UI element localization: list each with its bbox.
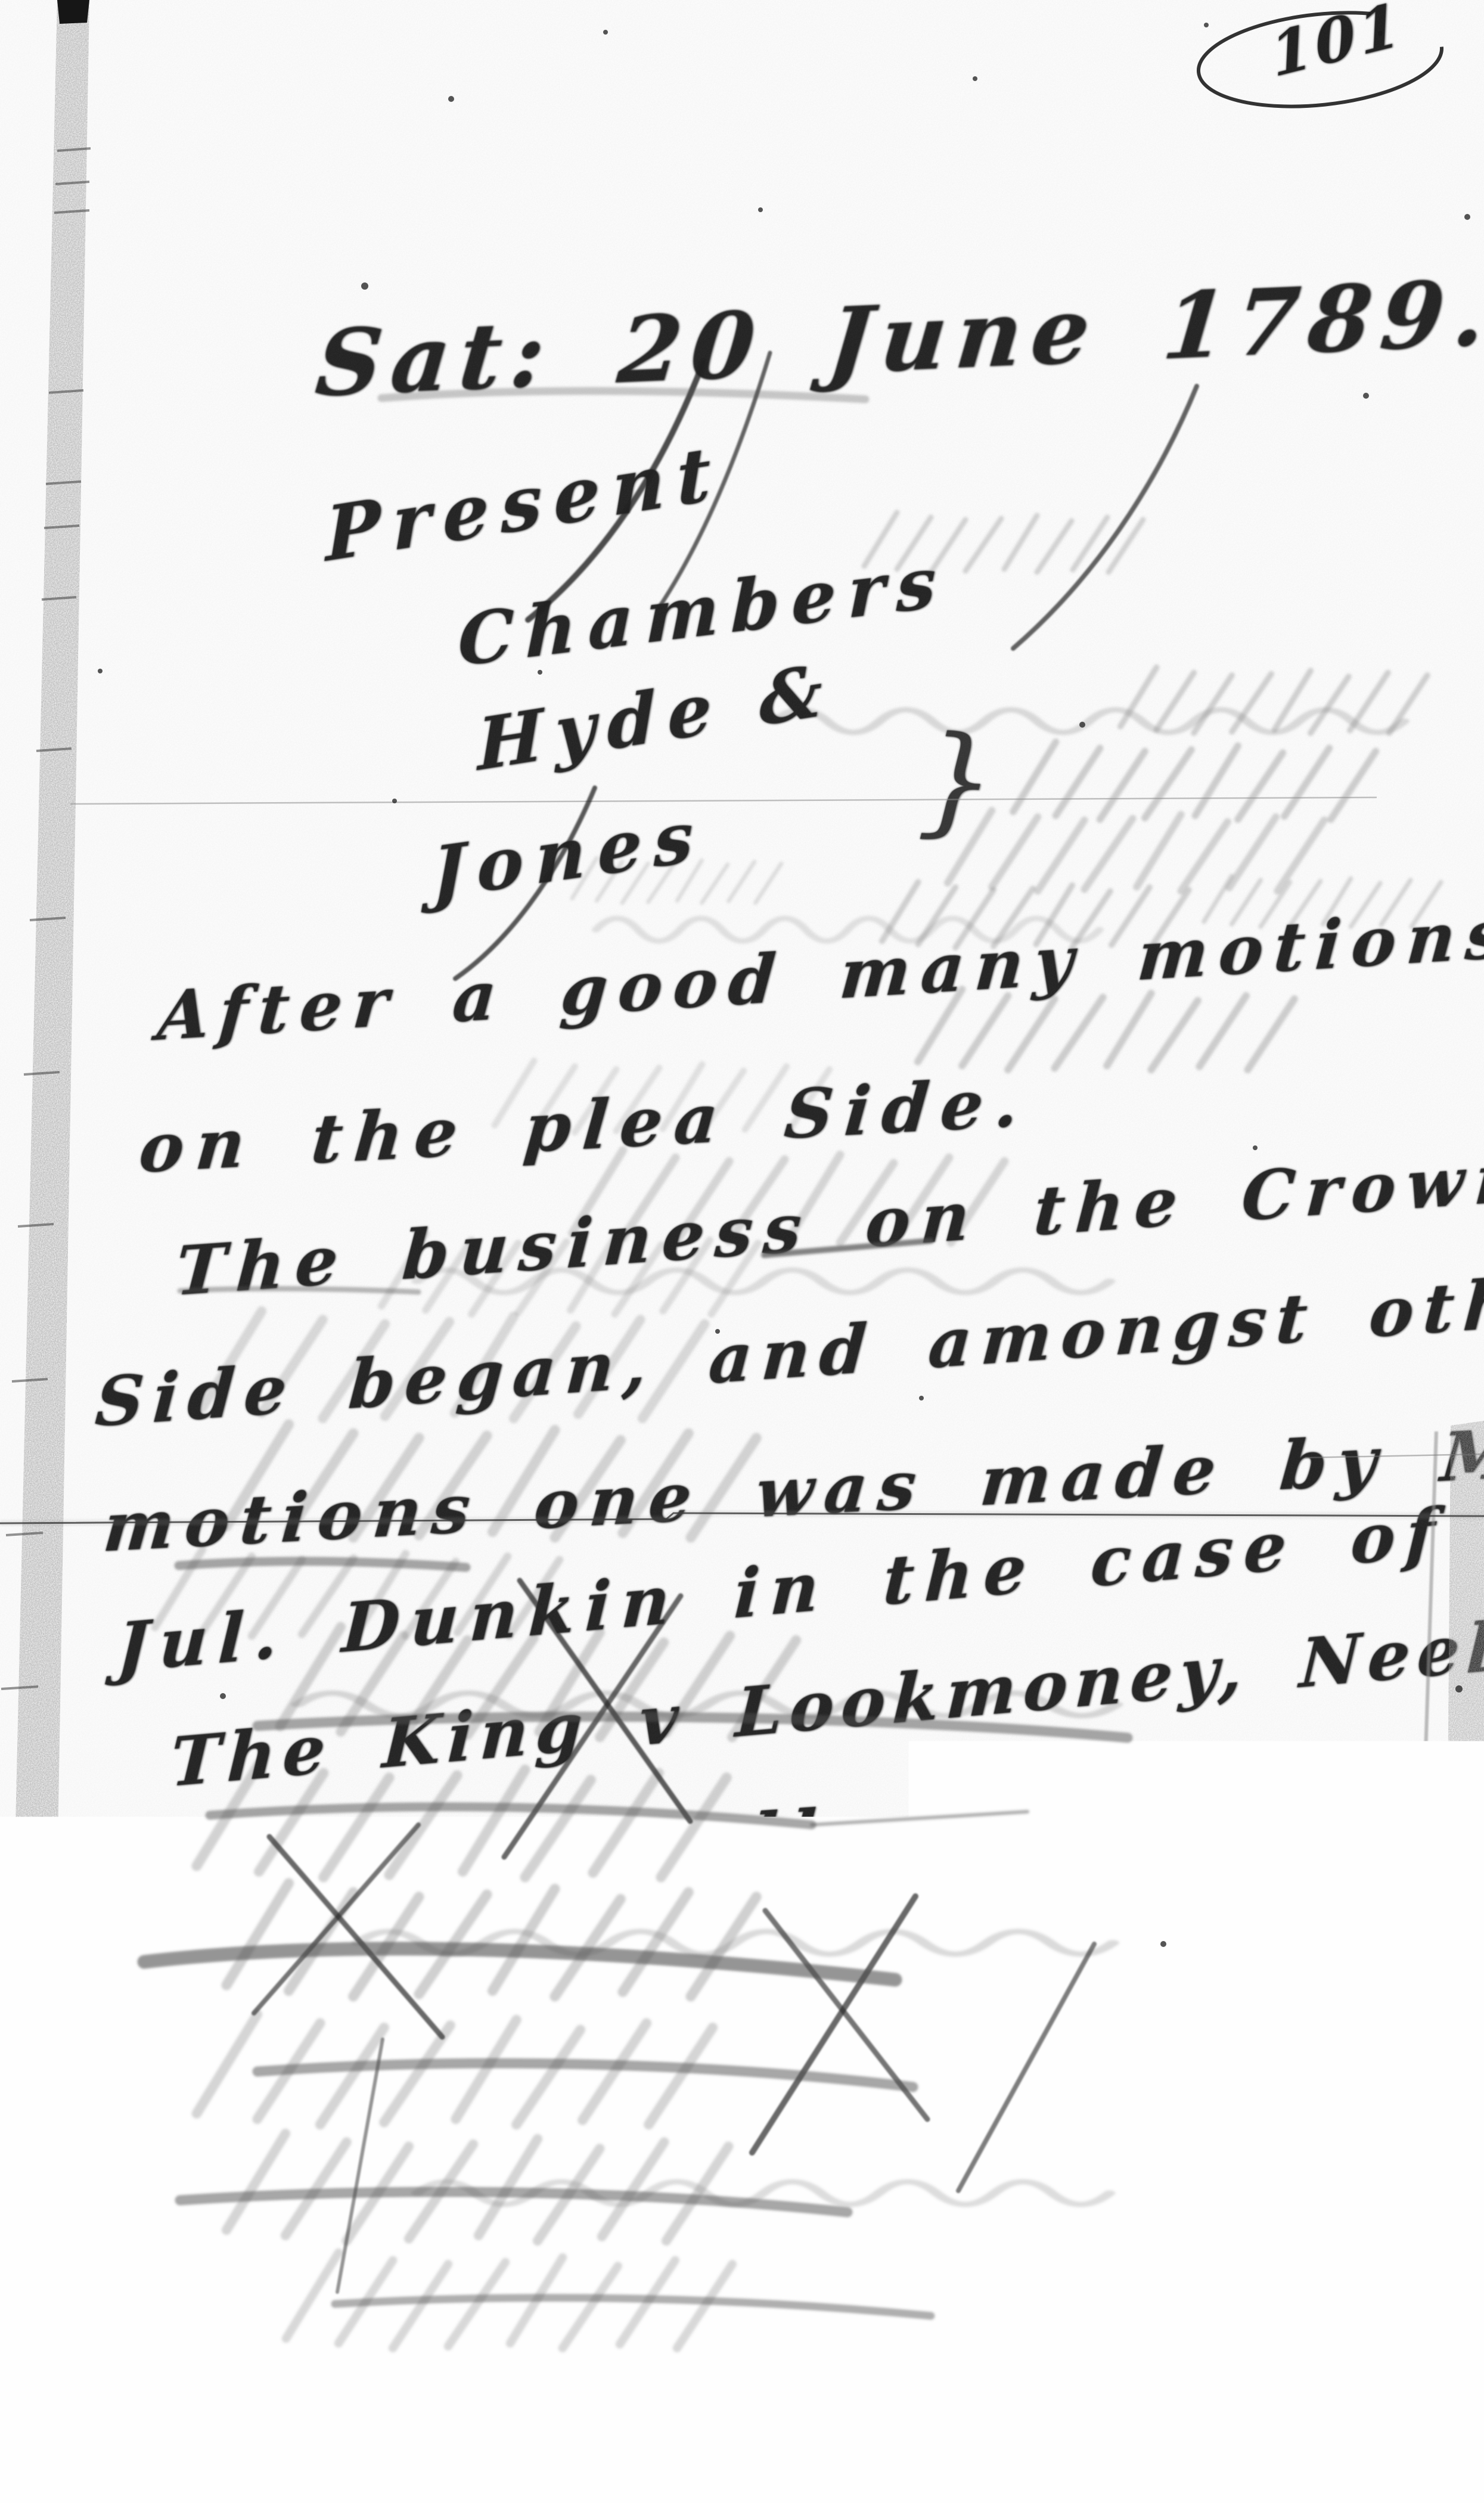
page-edge-right bbox=[1305, 1421, 1484, 2503]
bottom-stains bbox=[0, 2399, 1484, 2490]
date-heading: Sat: 20 June 1789. bbox=[312, 259, 1484, 417]
manuscript-page: 101 Sat: 20 June 1789. Present Chambers … bbox=[0, 0, 1484, 2503]
folio-number: 101 bbox=[1266, 0, 1408, 91]
gutter-shadow bbox=[0, 0, 91, 2503]
present-label: Present bbox=[325, 429, 723, 579]
judge-jones: Jones bbox=[432, 793, 704, 915]
judges-brace: } bbox=[915, 709, 998, 852]
manuscript-line-1: After a good many motions bbox=[155, 895, 1484, 1056]
underline-mark bbox=[179, 1561, 466, 1567]
hairline-rule bbox=[70, 797, 1377, 804]
judge-chambers: Chambers bbox=[458, 539, 949, 682]
manuscript-line-2: on the plea Side. bbox=[136, 1063, 1033, 1188]
